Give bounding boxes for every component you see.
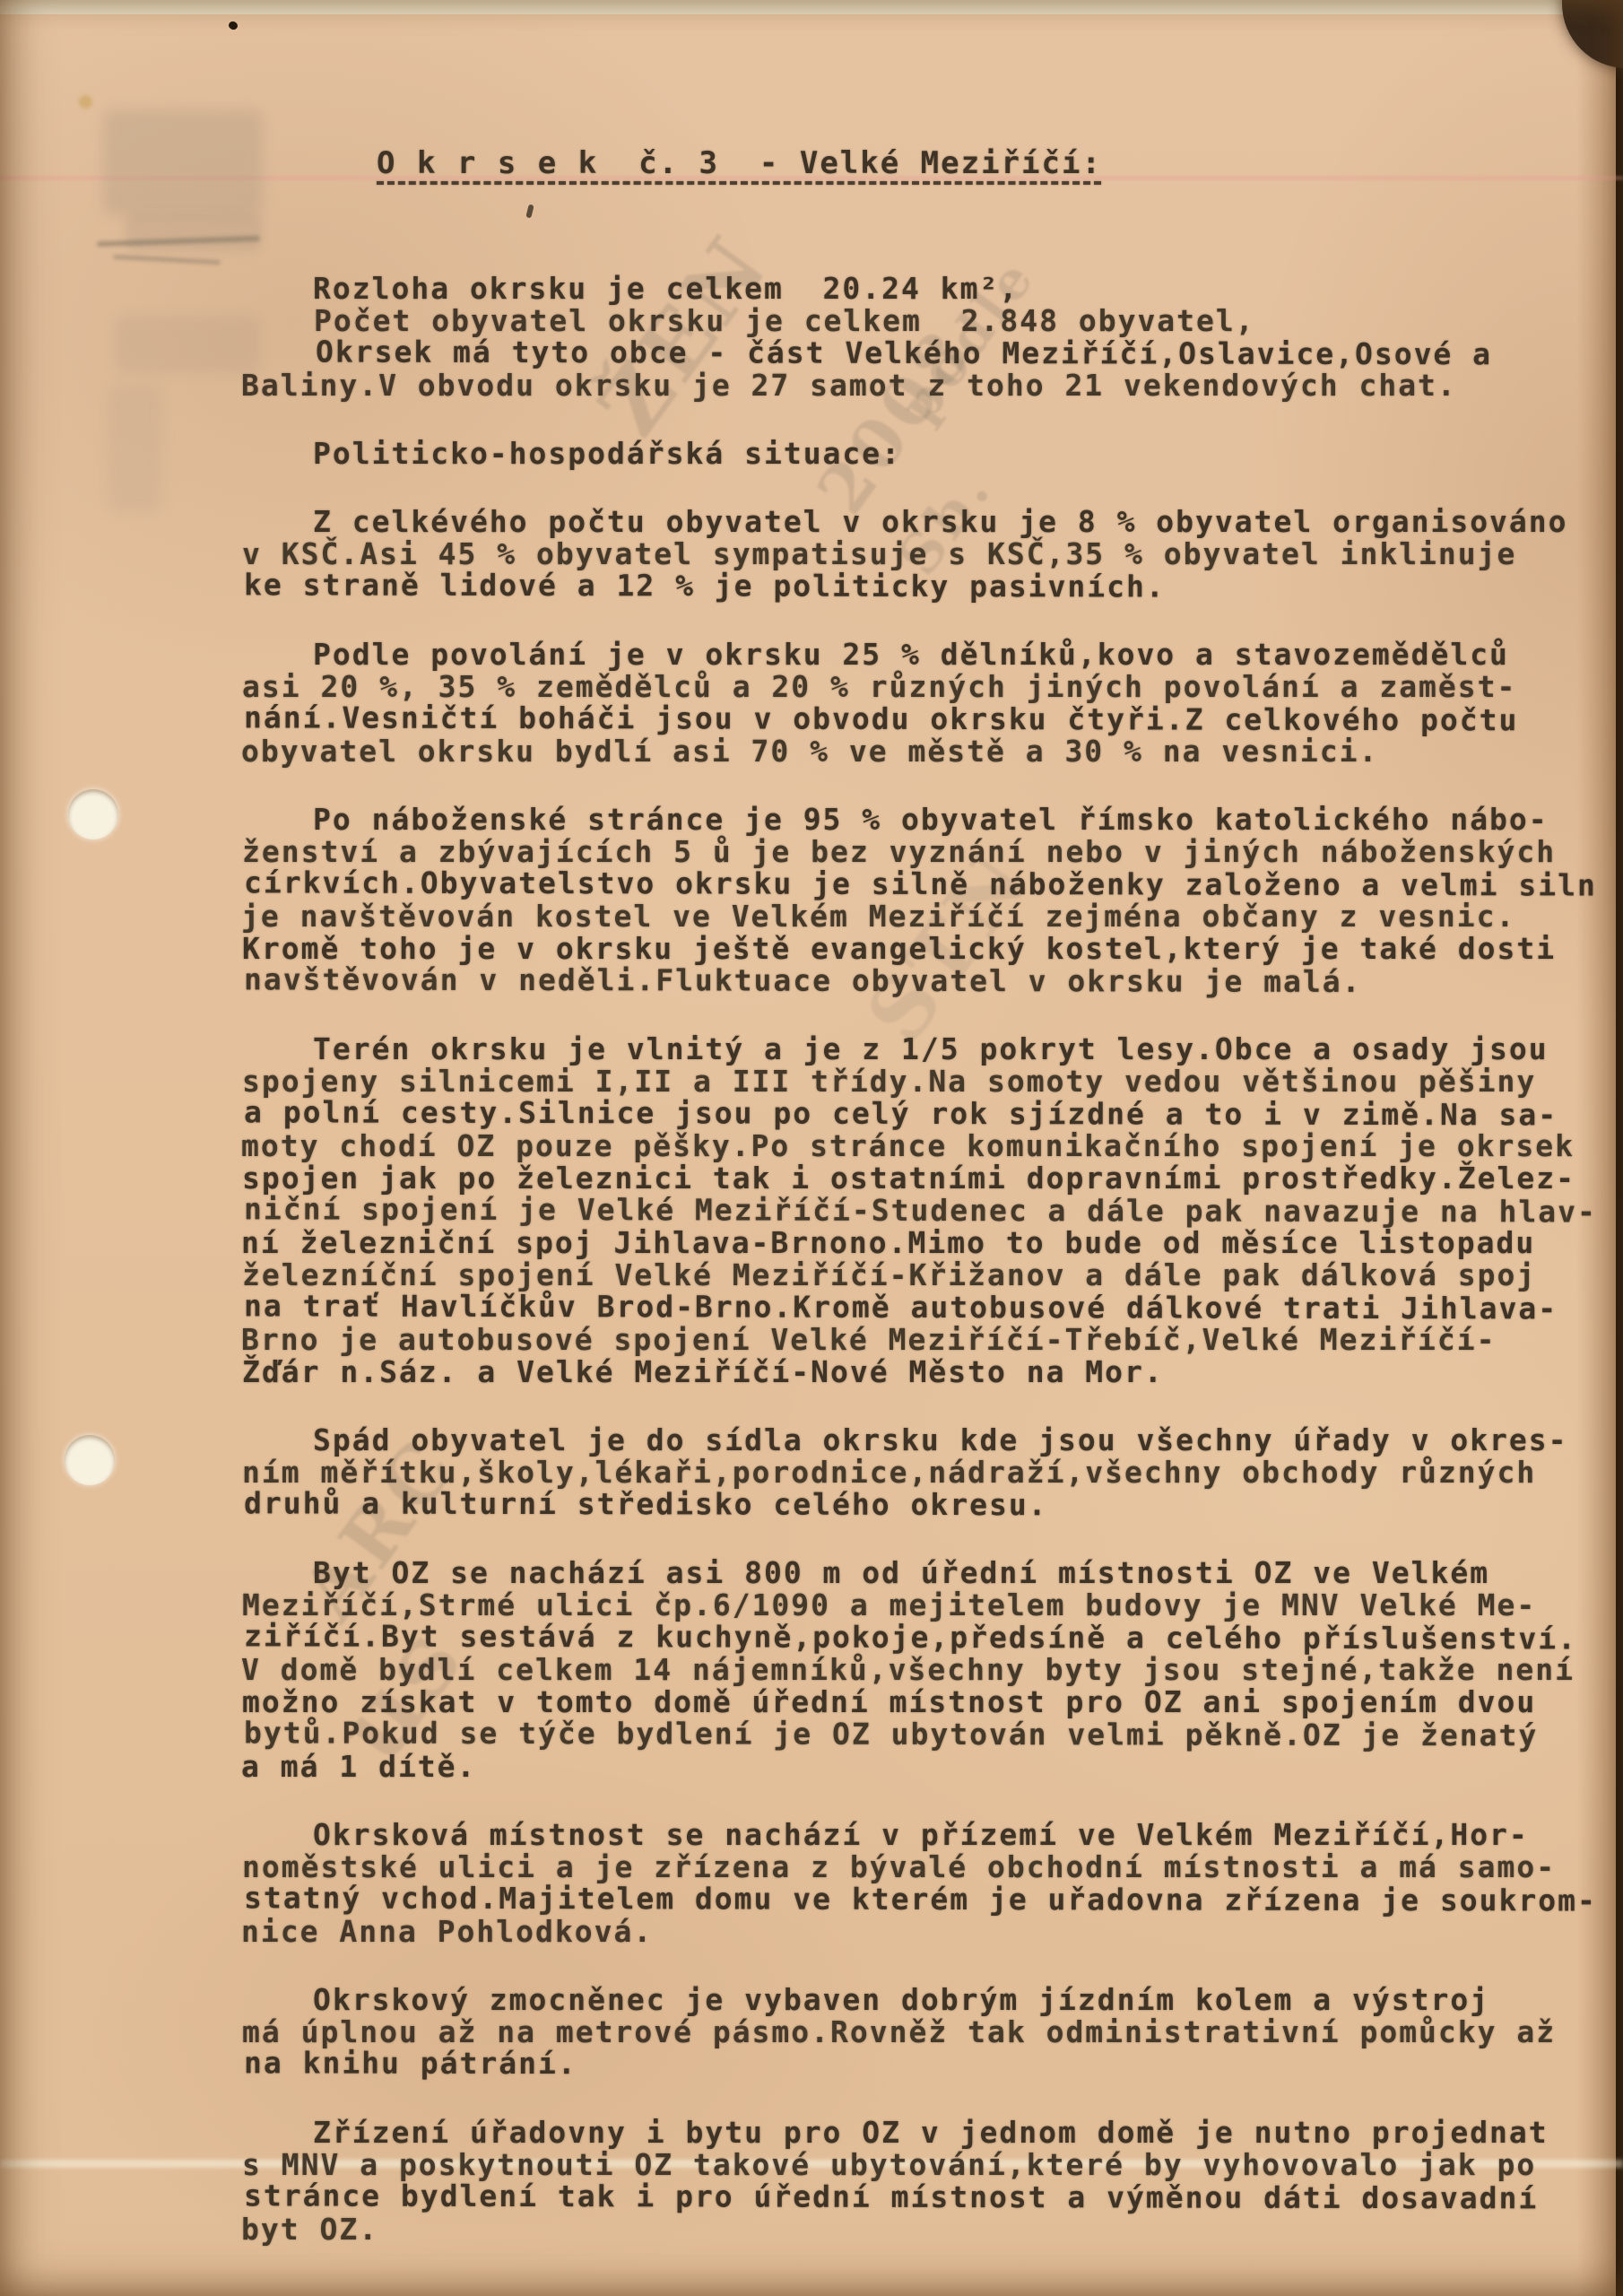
text-line: stránce bydlení tak i pro úřední místnos… xyxy=(244,2179,1623,2214)
text-line: nání.Vesničtí boháči jsou v obvodu okrsk… xyxy=(244,701,1623,736)
punch-hole xyxy=(65,1435,115,1485)
text-line: Žďár n.Sáz. a Velké Meziříčí-Nové Město … xyxy=(242,1356,1623,1388)
paragraph: Politicko-hospodářská situace: xyxy=(242,438,1623,470)
text-line: spojeny silnicemi I,II a III třídy.Na so… xyxy=(242,1065,1623,1098)
text-line: Kromě toho je v okrsku ještě evangelický… xyxy=(242,933,1623,965)
text-line: ženství a zbývajících 5 ů je bez vyznání… xyxy=(242,836,1623,868)
document-title: O k r s e k č. 3 - Velké Meziříčí: xyxy=(377,143,1623,183)
text-line: niční spojení je Velké Meziříčí-Studenec… xyxy=(244,1193,1623,1228)
bleed-through-mark xyxy=(103,109,263,215)
paragraph: Podle povolání je v okrsku 25 % dělníků,… xyxy=(242,639,1623,768)
text-line: navštěvován v neděli.Fluktuace obyvatel … xyxy=(244,963,1623,998)
text-line: Politicko-hospodářská situace: xyxy=(241,438,1623,470)
text-line: má úplnou až na metrové pásmo.Rovněž tak… xyxy=(242,2016,1623,2048)
paragraphs-container: Rozloha okrsku je celkem 20.24 km²,Počet… xyxy=(242,273,1623,2246)
text-line: Zřízení úřadovny i bytu pro OZ v jednom … xyxy=(241,2117,1623,2149)
text-line: bytů.Pokud se týče bydlení je OZ ubytová… xyxy=(244,1717,1623,1752)
text-line: s MNV a poskytnouti OZ takové ubytování,… xyxy=(242,2149,1623,2181)
paragraph: Rozloha okrsku je celkem 20.24 km²,Počet… xyxy=(242,273,1623,402)
text-line: Spád obyvatel je do sídla okrsku kde jso… xyxy=(241,1424,1623,1457)
text-line: Okrsek má tyto obce - část Velkého Meziř… xyxy=(244,335,1623,370)
punch-hole xyxy=(68,789,118,839)
scanned-document-page: ŽEN podle 2008 Sb. STN ARC us O k r s e … xyxy=(0,0,1623,2296)
paragraph: Okrskový zmocněnec je vybaven dobrým jíz… xyxy=(242,1984,1623,2081)
text-line: Po náboženské stránce je 95 % obyvatel ř… xyxy=(241,804,1623,836)
text-line: v KSČ.Asi 45 % obyvatel sympatisuje s KS… xyxy=(242,538,1623,570)
text-line: Okrskový zmocněnec je vybaven dobrým jíz… xyxy=(241,1984,1623,2016)
paragraph: Z celkévého počtu obyvatel v okrsku je 8… xyxy=(242,506,1623,603)
text-line: Meziříčí,Strmé ulici čp.6/1090 a mejitel… xyxy=(242,1589,1623,1622)
text-line: ziříčí.Byt sestává z kuchyně,pokoje,před… xyxy=(244,1620,1623,1655)
text-line: na trať Havlíčkův Brod-Brno.Kromě autobu… xyxy=(244,1290,1623,1325)
bleed-through-mark xyxy=(115,316,260,373)
ink-dot xyxy=(228,21,239,31)
document-body: O k r s e k č. 3 - Velké Meziříčí: Rozlo… xyxy=(242,0,1623,2282)
paragraph: Spád obyvatel je do sídla okrsku kde jso… xyxy=(242,1424,1623,1521)
bleed-through-scribble xyxy=(113,255,221,265)
text-line: byt OZ. xyxy=(241,2213,1623,2246)
text-line: Počet obyvatel okrsku je celkem 2.848 ob… xyxy=(242,305,1623,337)
paragraph: Terén okrsku je vlnitý a je z 1/5 pokryt… xyxy=(242,1033,1623,1388)
text-line: a polní cesty.Silnice jsou po celý rok s… xyxy=(244,1096,1623,1131)
text-line: na knihu pátrání. xyxy=(244,2047,1623,2082)
text-line: asi 20 %, 35 % zemědělců a 20 % různých … xyxy=(242,671,1623,703)
text-line: obyvatel okrsku bydlí asi 70 % ve městě … xyxy=(241,735,1623,768)
bleed-through-mark xyxy=(108,386,161,511)
paragraph: Po náboženské stránce je 95 % obyvatel ř… xyxy=(242,804,1623,997)
text-line: spojen jak po železnici tak i ostatními … xyxy=(242,1162,1623,1195)
text-line: moty chodí OZ pouze pěšky.Po stránce kom… xyxy=(241,1130,1623,1162)
text-line: V domě bydlí celkem 14 nájemníků,všechny… xyxy=(241,1654,1623,1686)
text-line: církvích.Obyvatelstvo okrsku je silně ná… xyxy=(244,866,1623,901)
bleed-through-scribble xyxy=(97,236,260,247)
text-line: Podle povolání je v okrsku 25 % dělníků,… xyxy=(241,639,1623,671)
text-line: noměstské ulici a je zřízena z bývalé ob… xyxy=(242,1851,1623,1883)
text-line: ní železniční spoj Jihlava-Brnono.Mimo t… xyxy=(241,1227,1623,1259)
text-line: Byt OZ se nachází asi 800 m od úřední mí… xyxy=(241,1557,1623,1589)
text-line: statný vchod.Majitelem domu ve kterém je… xyxy=(244,1882,1623,1917)
text-line: Brno je autobusové spojení Velké Meziříč… xyxy=(241,1324,1623,1356)
paragraph: Zřízení úřadovny i bytu pro OZ v jednom … xyxy=(242,2117,1623,2246)
text-line: Rozloha okrsku je celkem 20.24 km², xyxy=(241,273,1623,305)
text-line: možno získat v tomto domě úřední místnos… xyxy=(242,1686,1623,1718)
text-line: a má 1 dítě. xyxy=(241,1751,1623,1783)
text-line: Terén okrsku je vlnitý a je z 1/5 pokryt… xyxy=(241,1033,1623,1065)
text-line: železníční spojení Velké Meziříčí-Křižan… xyxy=(242,1259,1623,1291)
text-line: Baliny.V obvodu okrsku je 27 samot z toh… xyxy=(241,370,1623,402)
paragraph: Byt OZ se nachází asi 800 m od úřední mí… xyxy=(242,1557,1623,1783)
text-line: nice Anna Pohlodková. xyxy=(241,1916,1623,1948)
text-line: Okrsková místnost se nachází v přízemí v… xyxy=(241,1819,1623,1851)
text-line: ke straně lidové a 12 % je politicky pas… xyxy=(244,569,1623,604)
text-line: druhů a kulturní středisko celého okresu… xyxy=(244,1487,1623,1522)
text-line: Z celkévého počtu obyvatel v okrsku je 8… xyxy=(241,506,1623,538)
paragraph: Okrsková místnost se nachází v přízemí v… xyxy=(242,1819,1623,1948)
text-line: je navštěvován kostel ve Velkém Meziříčí… xyxy=(241,900,1623,933)
text-line: ním měřítku,školy,lékaři,porodnice,nádra… xyxy=(242,1457,1623,1489)
paper-stain xyxy=(79,95,92,109)
